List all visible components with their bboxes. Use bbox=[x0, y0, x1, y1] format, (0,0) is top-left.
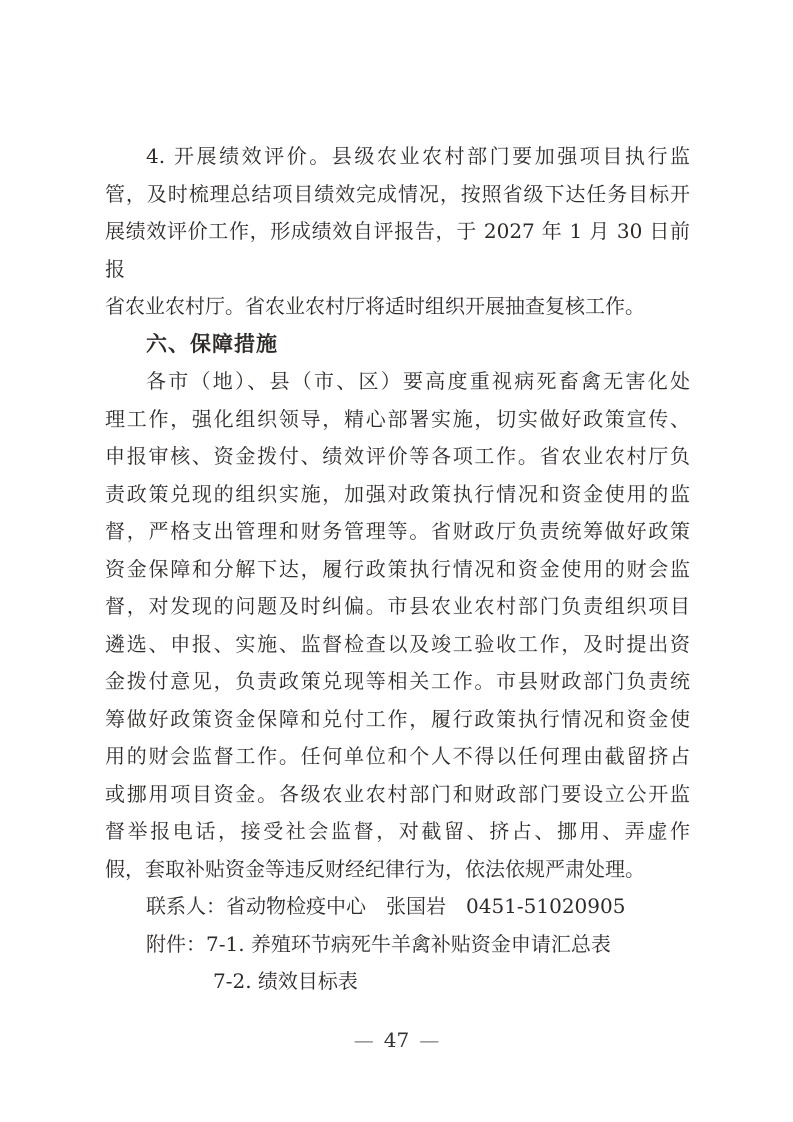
paragraph-line: 或挪用项目资金。各级农业农村部门和财政部门要设立公开监 bbox=[105, 776, 690, 814]
paragraph-line: 申报审核、资金拨付、绩效评价等各项工作。省农业农村厅负 bbox=[105, 438, 690, 476]
paragraph-line: 金拨付意见，负责政策兑现等相关工作。市县财政部门负责统 bbox=[105, 663, 690, 701]
paragraph-line: 用的财会监督工作。任何单位和个人不得以任何理由截留挤占 bbox=[105, 738, 690, 776]
contact-line: 联系人：省动物检疫中心 张国岩 0451-51020905 bbox=[105, 888, 690, 926]
attachment-line-1: 附件：7-1. 养殖环节病死牛羊禽补贴资金申请汇总表 bbox=[105, 926, 690, 964]
paragraph-line: 资金保障和分解下达，履行政策执行情况和资金使用的财会监 bbox=[105, 551, 690, 589]
paragraph-line: 各市（地）、县（市、区）要高度重视病死畜禽无害化处 bbox=[105, 363, 690, 401]
paragraph-line: 假，套取补贴资金等违反财经纪律行为，依法依规严肃处理。 bbox=[105, 851, 690, 889]
paragraph-line: 筹做好政策资金保障和兑付工作，履行政策执行情况和资金使 bbox=[105, 701, 690, 739]
page-number: 47 bbox=[384, 1028, 409, 1052]
footer-right-dash: — bbox=[419, 1028, 439, 1052]
paragraph-line: 责政策兑现的组织实施，加强对政策执行情况和资金使用的监 bbox=[105, 476, 690, 514]
document-page: 4. 开展绩效评价。县级农业农村部门要加强项目执行监 管，及时梳理总结项目绩效完… bbox=[0, 0, 793, 1122]
paragraph-line: 督，对发现的问题及时纠偏。市县农业农村部门负责组织项目 bbox=[105, 588, 690, 626]
footer-left-dash: — bbox=[354, 1028, 374, 1052]
page-footer: —47— bbox=[0, 1026, 793, 1054]
paragraph-line: 4. 开展绩效评价。县级农业农村部门要加强项目执行监 bbox=[105, 138, 690, 176]
paragraph-line: 展绩效评价工作，形成绩效自评报告，于 2027 年 1 月 30 日前报 bbox=[105, 213, 690, 288]
paragraph-line: 管，及时梳理总结项目绩效完成情况，按照省级下达任务目标开 bbox=[105, 176, 690, 214]
paragraph-line: 督，严格支出管理和财务管理等。省财政厅负责统筹做好政策 bbox=[105, 513, 690, 551]
document-body: 4. 开展绩效评价。县级农业农村部门要加强项目执行监 管，及时梳理总结项目绩效完… bbox=[105, 138, 690, 1001]
section-heading: 六、保障措施 bbox=[105, 326, 690, 364]
attachment-line-2: 7-2. 绩效目标表 bbox=[105, 963, 690, 1001]
paragraph-line: 督举报电话，接受社会监督，对截留、挤占、挪用、弄虚作 bbox=[105, 813, 690, 851]
paragraph-line: 省农业农村厅。省农业农村厅将适时组织开展抽查复核工作。 bbox=[105, 288, 690, 326]
paragraph-line: 理工作，强化组织领导，精心部署实施，切实做好政策宣传、 bbox=[105, 401, 690, 439]
paragraph-line: 遴选、申报、实施、监督检查以及竣工验收工作，及时提出资 bbox=[105, 626, 690, 664]
